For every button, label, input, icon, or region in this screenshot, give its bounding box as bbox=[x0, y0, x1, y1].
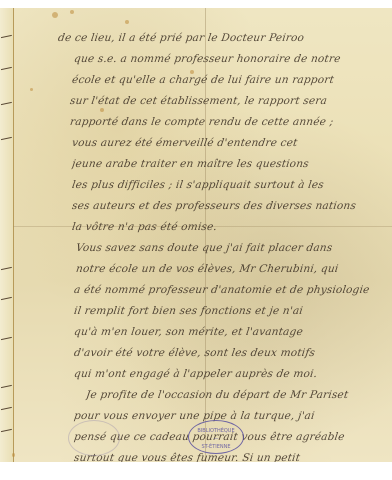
stamp-line: — bbox=[189, 435, 243, 443]
text-line: les plus difficiles ; il s'appliquait su… bbox=[71, 175, 392, 196]
text-line: notre école un de vos élèves, Mr Cherubi… bbox=[75, 259, 392, 280]
text-line: Vous savez sans doute que j'ai fait plac… bbox=[75, 238, 392, 259]
letter-body: de ce lieu, il a été prié par le Docteur… bbox=[60, 28, 390, 462]
text-line: la vôtre n'a pas été omise. bbox=[71, 217, 392, 238]
stamp-line: ST-ÉTIENNE bbox=[189, 443, 243, 451]
faded-stamp-mark bbox=[68, 420, 120, 456]
text-line: sur l'état de cet établissement, le rapp… bbox=[69, 91, 392, 112]
text-line: d'avoir été votre élève, sont les deux m… bbox=[73, 343, 392, 364]
text-line: rapporté dans le compte rendu de cette a… bbox=[69, 112, 392, 133]
adjacent-page-strip bbox=[0, 8, 14, 462]
text-line: école et qu'elle a chargé de lui faire u… bbox=[71, 70, 392, 91]
text-line: ses auteurs et des professeurs des diver… bbox=[71, 196, 392, 217]
text-line: il remplit fort bien ses fonctions et je… bbox=[73, 301, 392, 322]
text-line: Je profite de l'occasion du départ de Mr… bbox=[85, 385, 392, 406]
text-line: jeune arabe traiter en maître les questi… bbox=[71, 154, 392, 175]
text-line: a été nommé professeur d'anatomie et de … bbox=[73, 280, 392, 301]
letter-page: de ce lieu, il a été prié par le Docteur… bbox=[0, 8, 392, 462]
stamp-line: BIBLIOTHÈQUE bbox=[189, 427, 243, 435]
text-line: qu'à m'en louer, son mérite, et l'avanta… bbox=[73, 322, 392, 343]
text-line: qui m'ont engagé à l'appeler auprès de m… bbox=[73, 364, 392, 385]
text-line: que s.e. a nommé professeur honoraire de… bbox=[73, 49, 392, 70]
text-line: de ce lieu, il a été prié par le Docteur… bbox=[57, 28, 392, 49]
text-line: vous aurez été émerveillé d'entendre cet bbox=[71, 133, 392, 154]
library-stamp: BIBLIOTHÈQUE — ST-ÉTIENNE bbox=[188, 420, 244, 454]
